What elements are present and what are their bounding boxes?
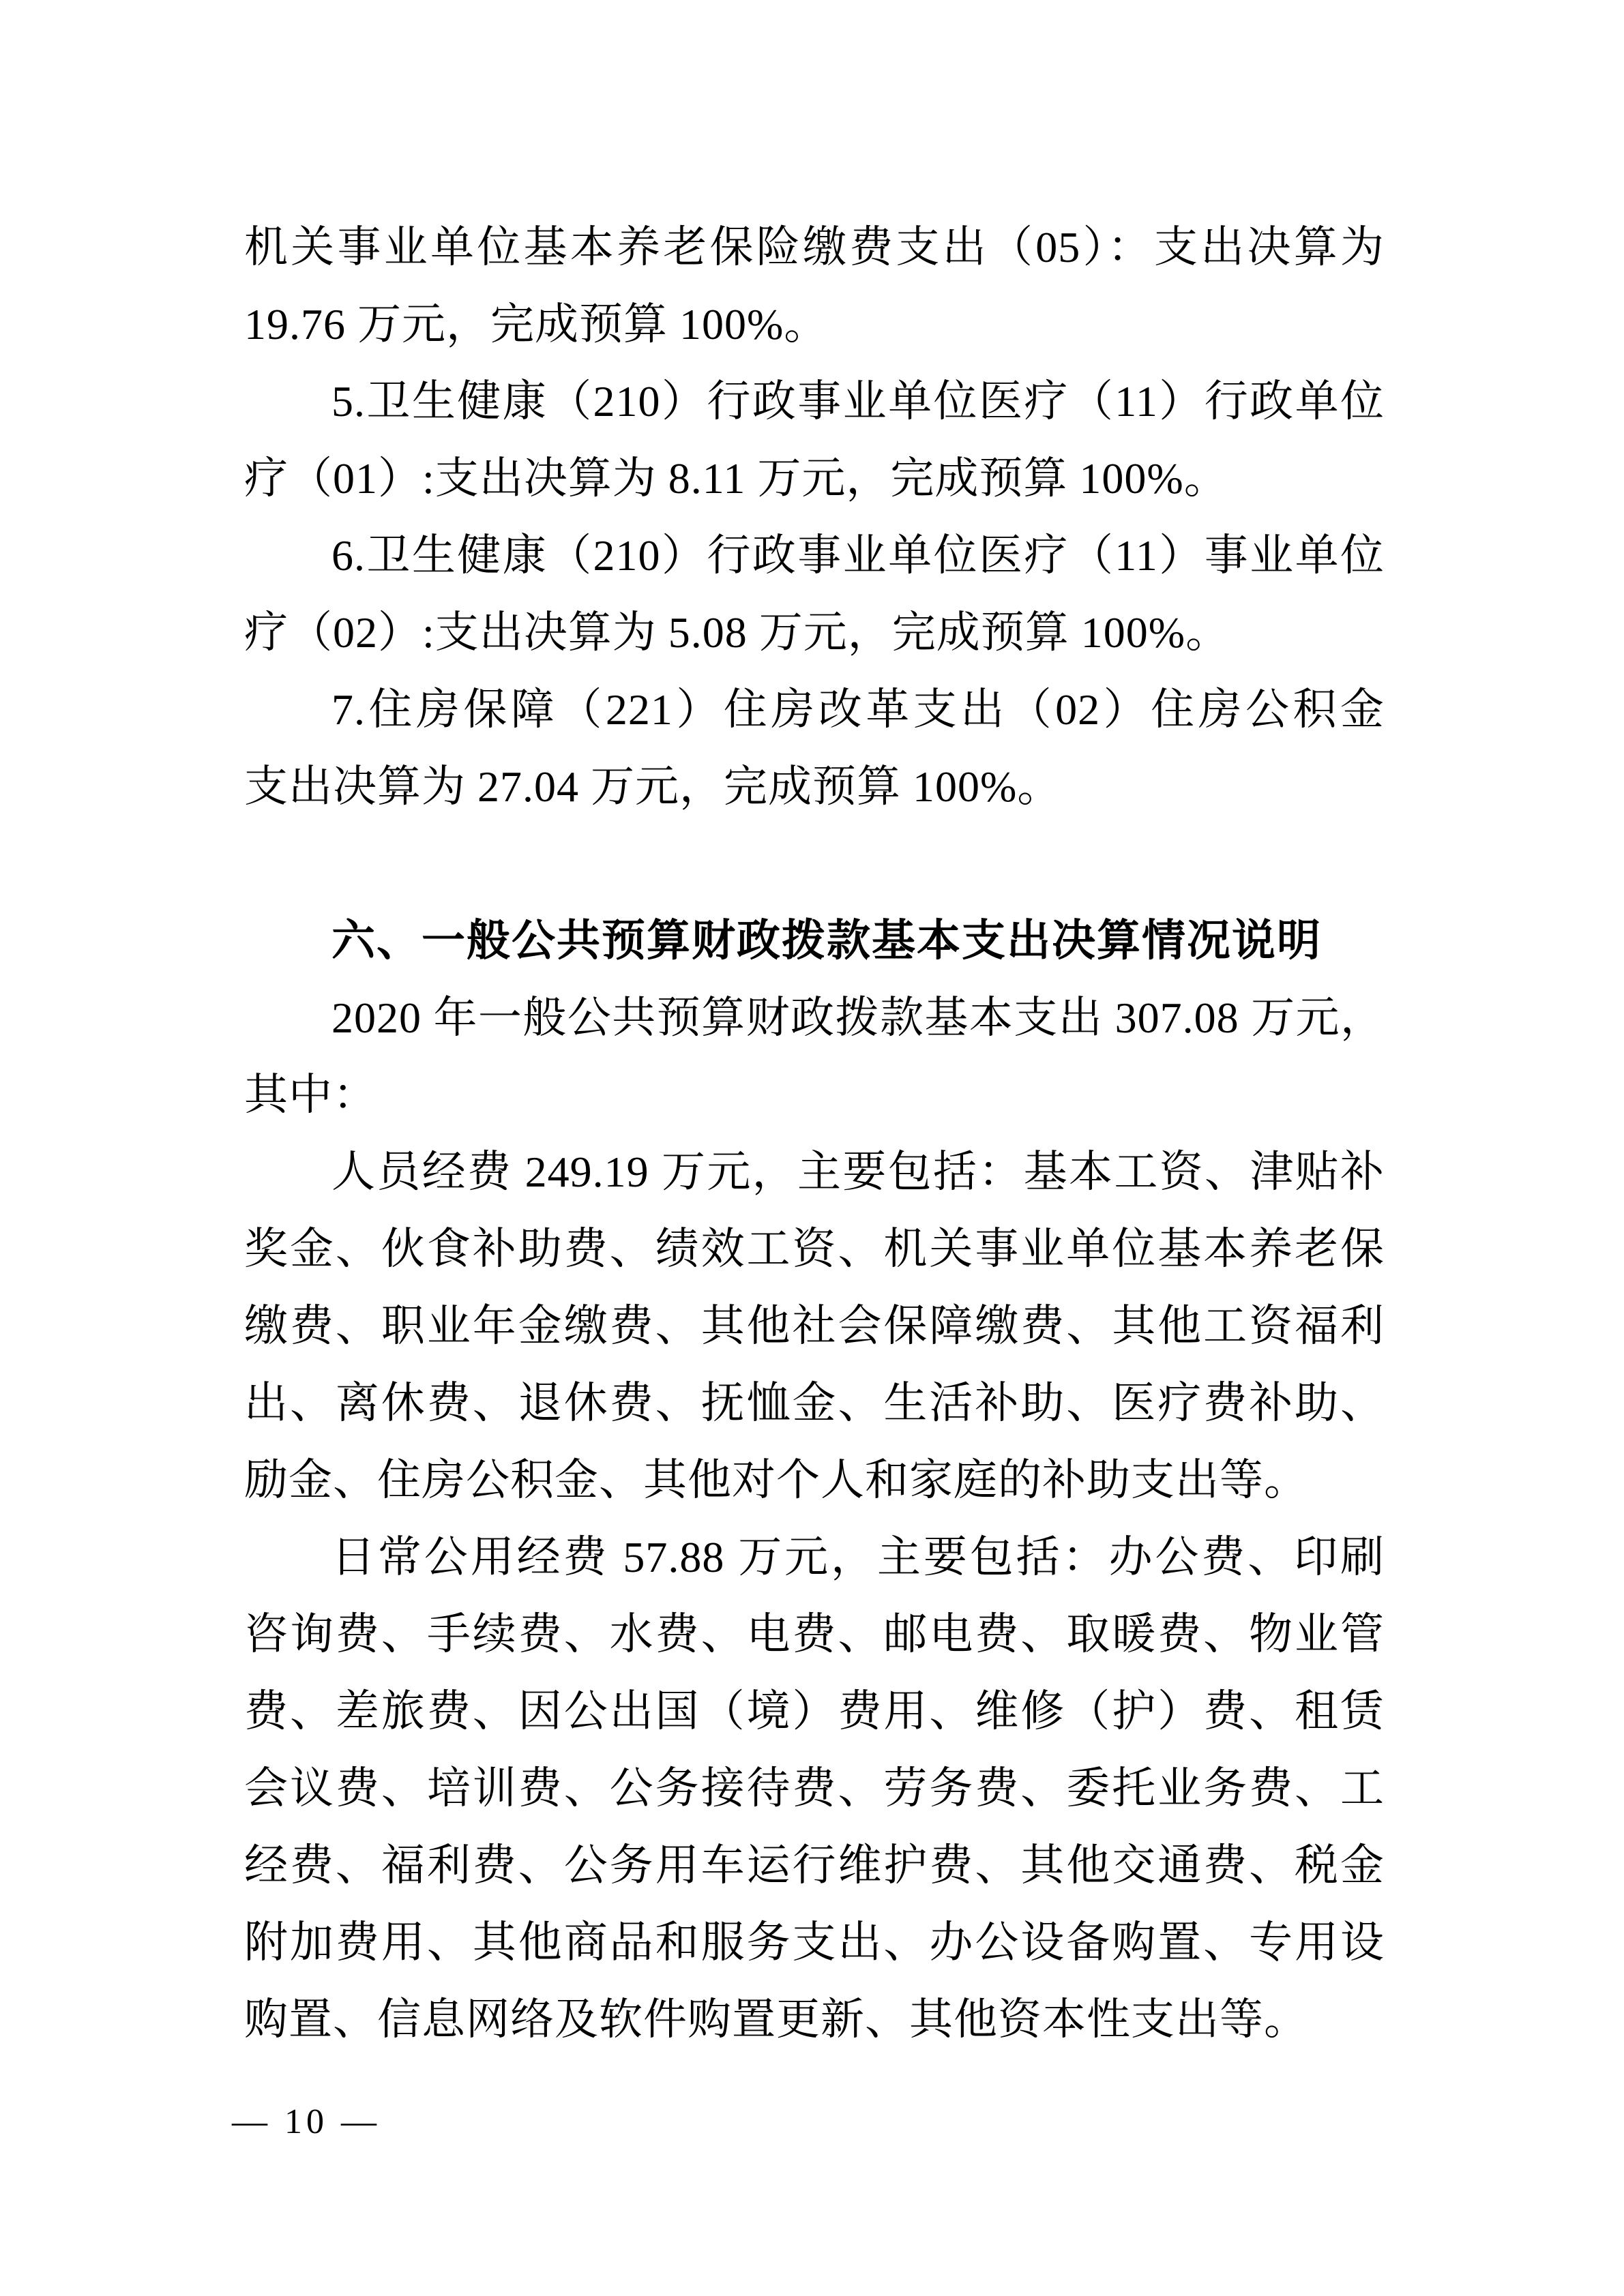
text-line: 奖金、伙食补助费、绩效工资、机关事业单位基本养老保险 [244,1210,1385,1287]
text-line: 2020 年一般公共预算财政拨款基本支出 307.08 万元， [244,979,1385,1056]
text-line: 7.住房保障（221）住房改革支出（02）住房公积金（01）: [244,671,1385,748]
text-line: 6.卫生健康（210）行政事业单位医疗（11）事业单位医 [244,517,1385,594]
text-line: 会议费、培训费、公务接待费、劳务费、委托业务费、工会 [244,1750,1385,1827]
text-line: 励金、住房公积金、其他对个人和家庭的补助支出等。 [244,1442,1385,1519]
text-line: 5.卫生健康（210）行政事业单位医疗（11）行政单位医 [244,363,1385,440]
text-line: 出、离休费、退休费、抚恤金、生活补助、医疗费补助、奖 [244,1365,1385,1442]
section-heading: 六、一般公共预算财政拨款基本支出决算情况说明 [244,902,1385,979]
text-line: 疗（01）:支出决算为 8.11 万元，完成预算 100%。 [244,440,1385,517]
text-line: 缴费、职业年金缴费、其他社会保障缴费、其他工资福利支 [244,1287,1385,1365]
text-line: 经费、福利费、公务用车运行维护费、其他交通费、税金及 [244,1827,1385,1904]
text-line: 人员经费 249.19 万元，主要包括：基本工资、津贴补贴、 [244,1133,1385,1210]
text-line: 其中： [244,1056,1385,1133]
text-line: 机关事业单位基本养老保险缴费支出（05）：支出决算为 [244,209,1385,286]
page-number: — 10 — [232,2098,381,2147]
text-line: 支出决算为 27.04 万元，完成预算 100%。 [244,748,1385,825]
text-line: 疗（02）:支出决算为 5.08 万元，完成预算 100%。 [244,594,1385,671]
document-body: 机关事业单位基本养老保险缴费支出（05）：支出决算为 19.76 万元，完成预算… [244,209,1385,2058]
text-line: 费、差旅费、因公出国（境）费用、维修（护）费、租赁费、 [244,1673,1385,1750]
blank-line [244,825,1385,902]
text-line: 附加费用、其他商品和服务支出、办公设备购置、专用设备 [244,1904,1385,1981]
document-page: 机关事业单位基本养老保险缴费支出（05）：支出决算为 19.76 万元，完成预算… [0,0,1624,2296]
text-line: 日常公用经费 57.88 万元，主要包括：办公费、印刷费、 [244,1519,1385,1596]
text-line: 咨询费、手续费、水费、电费、邮电费、取暖费、物业管理 [244,1596,1385,1673]
text-line: 19.76 万元，完成预算 100%。 [244,286,1385,363]
text-line: 购置、信息网络及软件购置更新、其他资本性支出等。 [244,1981,1385,2058]
